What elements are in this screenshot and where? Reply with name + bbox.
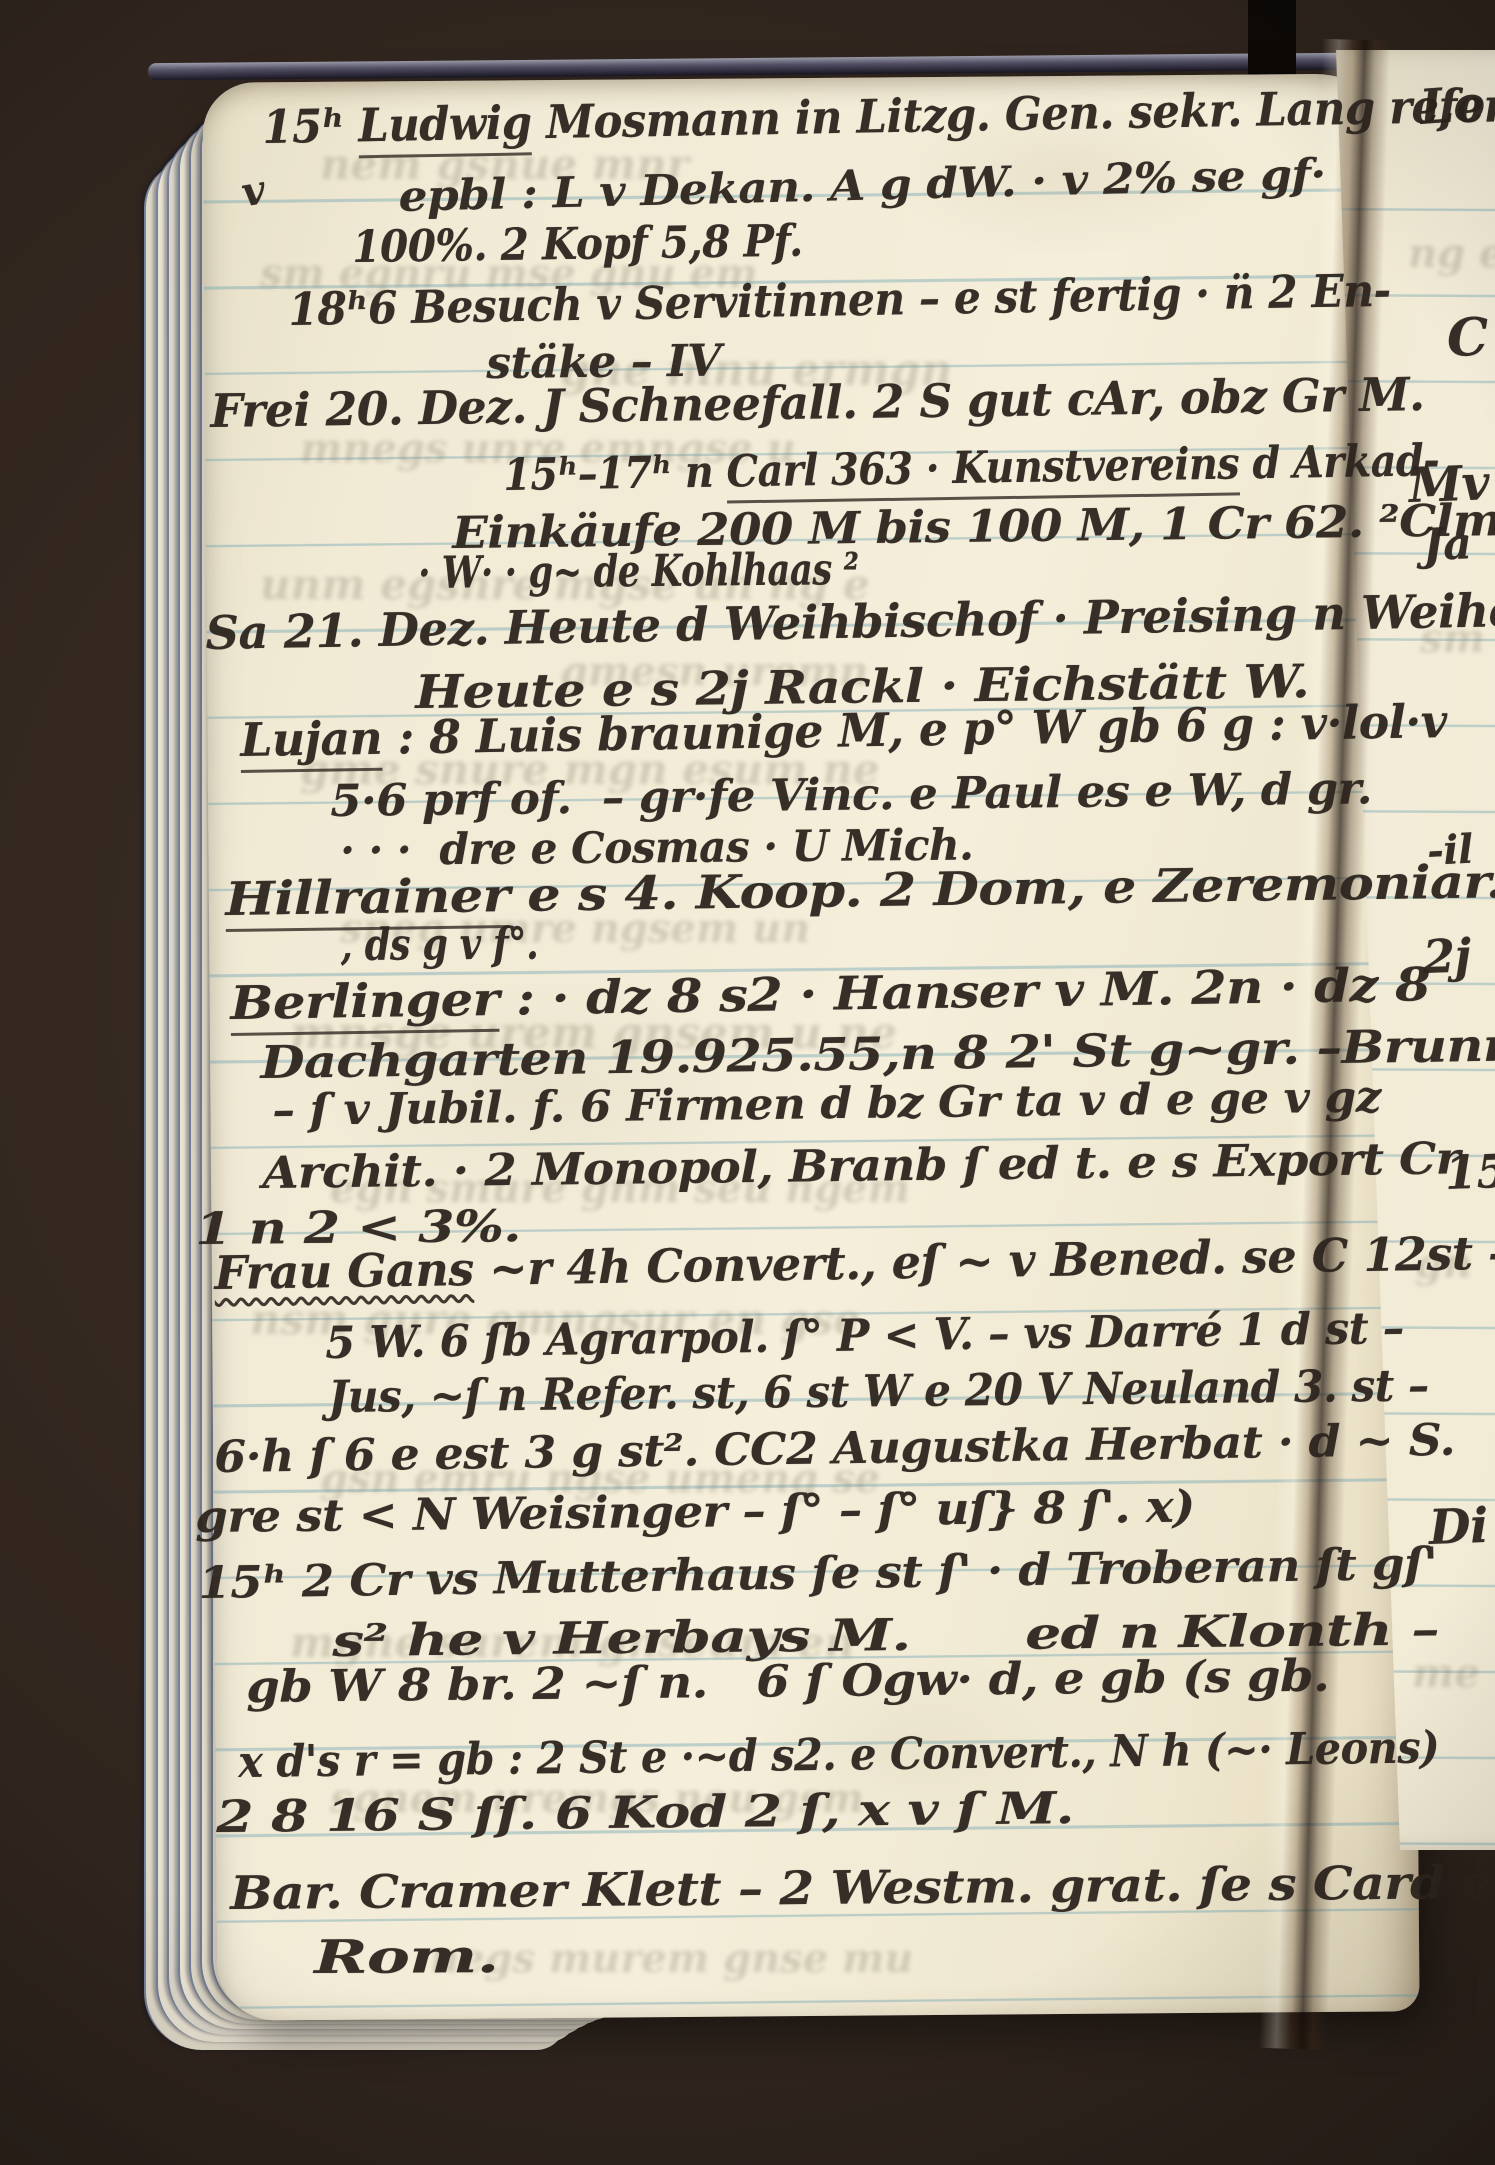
right-page-fragment: 2j	[1422, 928, 1472, 984]
right-page-fragment: 15	[1444, 1144, 1495, 1200]
right-page-fragment: -il	[1426, 826, 1474, 875]
right-page-fragment: Di	[1428, 1498, 1489, 1556]
right-page-fragment: Ja	[1422, 518, 1472, 571]
photo-background: nem gsnue mnrsm egnru mse gnu emgne mnu …	[0, 0, 1495, 2165]
right-page-fragment: Mv	[1408, 455, 1490, 514]
right-page-fragment: C	[1446, 307, 1489, 369]
right-page-fragment: Lo	[1418, 75, 1487, 135]
right-page-fragments: LoCMvJa-il2j15Di	[0, 0, 1495, 2165]
